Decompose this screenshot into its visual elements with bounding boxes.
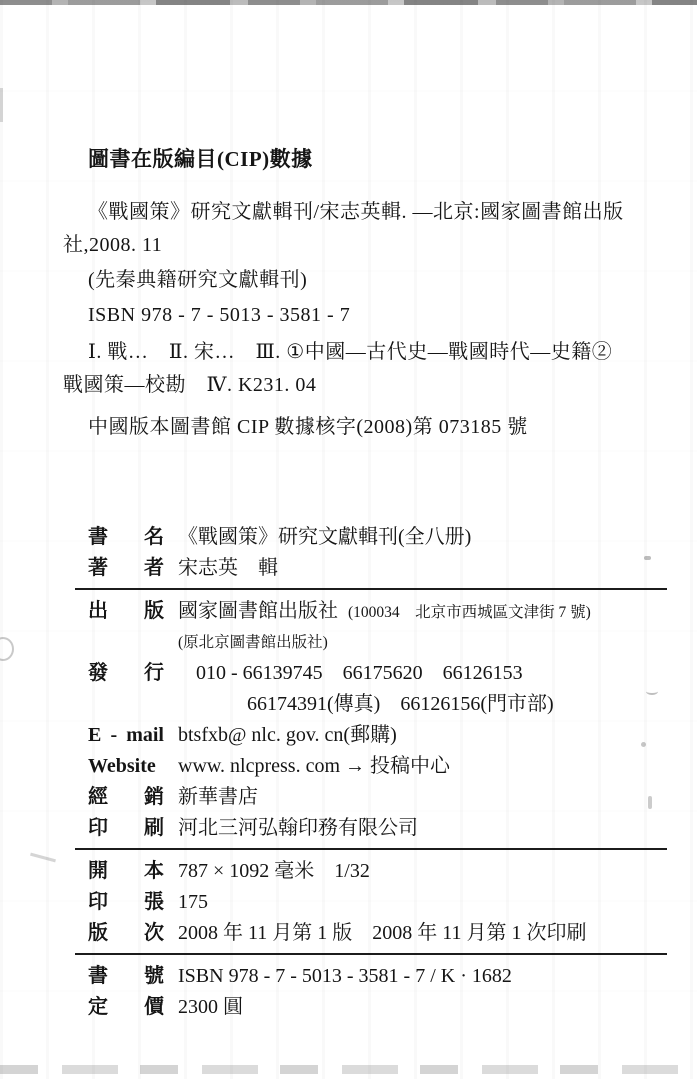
scan-speck [0,88,3,122]
colophon-label: 定 價 [88,996,164,1019]
cip-isbn-line: ISBN 978 - 7 - 5013 - 3581 - 7 [63,299,653,332]
scanned-book-copyright-page: 圖書在版編目(CIP)數據 《戰國策》研究文獻輯刊/宋志英輯. —北京:國家圖書… [0,0,697,1079]
scan-speck [0,637,14,661]
colophon-value: 河北三河弘翰印務有限公司 [178,817,667,840]
section-divider [75,588,667,590]
colophon-row-distribution: 發 行 010 - 66139745 66175620 66126153 [88,662,667,685]
section-divider [75,848,667,850]
colophon-row-website: Website www. nlcpress. com → 投稿中心 [88,755,667,778]
cip-classification-line1: Ⅰ. 戰… Ⅱ. 宋… Ⅲ. ①中國—古代史—戰國時代—史籍② [63,336,653,369]
colophon-label: 印 刷 [88,817,164,840]
colophon-value: 2300 圓 [178,996,667,1019]
colophon-value: 175 [178,891,667,914]
colophon-label: 出 版 [88,600,164,624]
colophon-row-email: E - mail btsfxb@ nlc. gov. cn(郵購) [88,724,667,747]
colophon-value: 新華書店 [178,786,667,809]
colophon-row-format: 開 本 787 × 1092 毫米 1/32 [88,860,667,883]
colophon-row-sheets: 印 張 175 [88,891,667,914]
colophon-row-edition: 版 次 2008 年 11 月第 1 版 2008 年 11 月第 1 次印刷 [88,922,667,945]
colophon-label: 經 銷 [88,786,164,809]
colophon-table: 書 名 《戰國策》研究文獻輯刊(全八册) 著 者 宋志英 輯 出 版 國家圖書館… [88,526,667,1027]
colophon-label: 著 者 [88,557,164,580]
scan-artifact-top-edge [0,0,697,5]
colophon-label: 書 名 [88,526,164,549]
colophon-row-book-number: 書 號 ISBN 978 - 7 - 5013 - 3581 - 7 / K ·… [88,965,667,988]
colophon-row-printer: 印 刷 河北三河弘翰印務有限公司 [88,817,667,840]
cip-entry-line1: 《戰國策》研究文獻輯刊/宋志英輯. —北京:國家圖書館出版 [63,196,653,229]
colophon-value: 787 × 1092 毫米 1/32 [178,860,667,883]
colophon-value: www. nlcpress. com → 投稿中心 [178,755,667,778]
colophon-label: Website [88,755,164,778]
colophon-value: 宋志英 輯 [178,557,667,580]
colophon-label: 發 行 [88,662,164,685]
distribution-phones-line2: 66174391(傳真) 66126156(門市部) [247,693,667,716]
publisher-address-note: (100034 北京市西城區文津街 7 號) [348,604,591,621]
cip-data-block: 圖書在版編目(CIP)數據 《戰國策》研究文獻輯刊/宋志英輯. —北京:國家圖書… [63,146,653,444]
colophon-value: 2008 年 11 月第 1 版 2008 年 11 月第 1 次印刷 [178,922,667,945]
colophon-row-seller: 經 銷 新華書店 [88,786,667,809]
colophon-value: 010 - 66139745 66175620 66126153 [178,662,667,685]
cip-classification-line2: 戰國策—校勘 Ⅳ. K231. 04 [63,369,653,402]
publisher-name: 國家圖書館出版社 [178,600,338,622]
colophon-value: 《戰國策》研究文獻輯刊(全八册) [178,526,667,549]
section-divider [75,953,667,955]
colophon-row-price: 定 價 2300 圓 [88,996,667,1019]
cip-record-number-line: 中國版本圖書館 CIP 數據核字(2008)第 073185 號 [63,411,653,444]
colophon-label: E - mail [88,724,164,747]
colophon-value: ISBN 978 - 7 - 5013 - 3581 - 7 / K · 168… [178,965,667,988]
colophon-value: btsfxb@ nlc. gov. cn(郵購) [178,724,667,747]
colophon-label: 版 次 [88,922,164,945]
scan-speck [30,853,56,863]
colophon-label: 印 張 [88,891,164,914]
scan-artifact-bottom-edge [0,1065,697,1074]
colophon-value: 國家圖書館出版社(100034 北京市西城區文津街 7 號) [178,600,667,624]
colophon-row-author: 著 者 宋志英 輯 [88,557,667,580]
colophon-row-title: 書 名 《戰國策》研究文獻輯刊(全八册) [88,526,667,549]
colophon-label: 書 號 [88,965,164,988]
cip-entry-line2: 社,2008. 11 [63,229,653,262]
cip-heading: 圖書在版編目(CIP)數據 [88,146,653,172]
colophon-label: 開 本 [88,860,164,883]
colophon-row-publisher: 出 版 國家圖書館出版社(100034 北京市西城區文津街 7 號) [88,600,667,624]
publisher-former-name: (原北京圖書館出版社) [178,632,667,654]
cip-series-line: (先秦典籍研究文獻輯刊) [63,264,653,297]
